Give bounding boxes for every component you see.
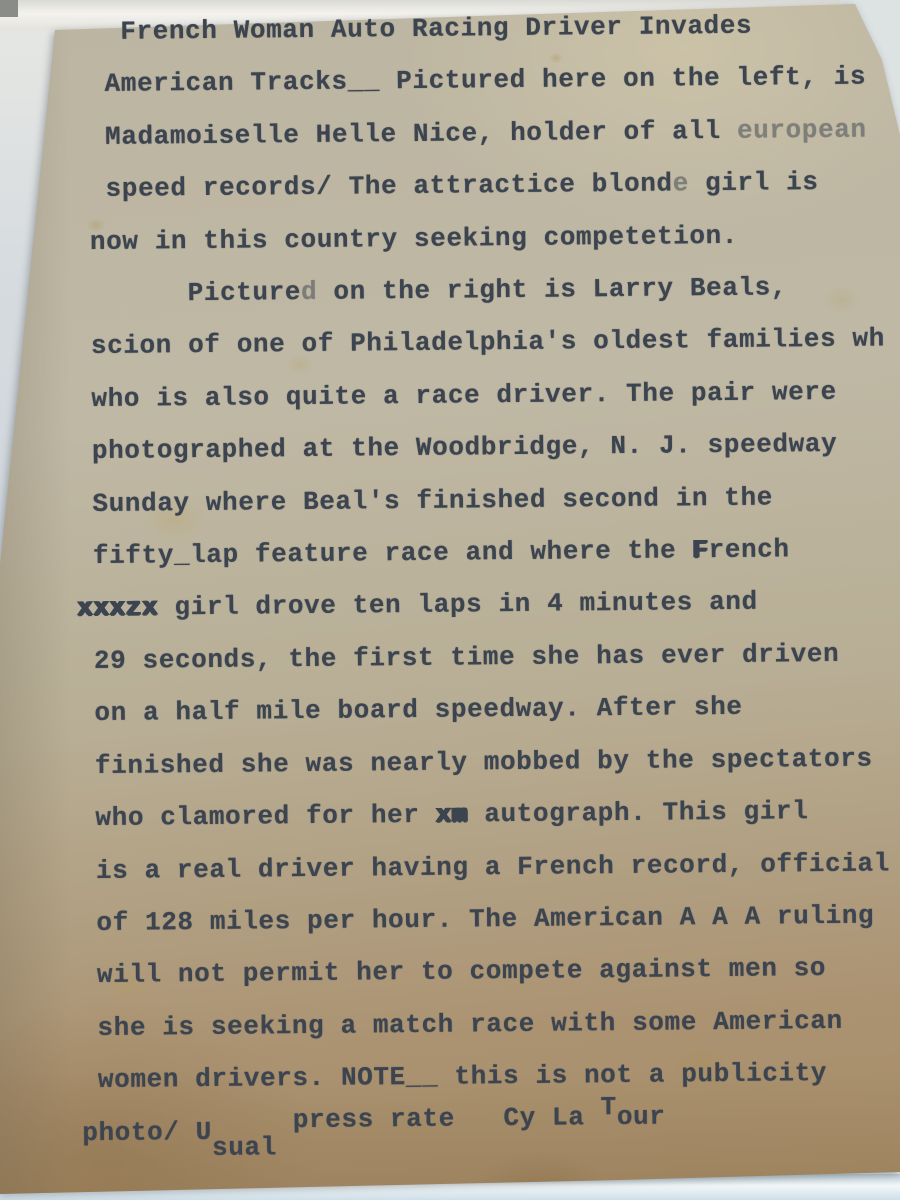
typed-text: our bbox=[617, 1101, 666, 1131]
typed-text: now in this country seeking competetion. bbox=[90, 220, 738, 256]
typed-line: 29 seconds, the first time she has ever … bbox=[94, 627, 900, 687]
typed-text: autograph. This girl bbox=[468, 796, 809, 829]
typed-line: photographed at the Woodbridge, N. J. sp… bbox=[92, 418, 900, 478]
typed-line: of 128 miles per hour. The American A A … bbox=[96, 889, 900, 949]
typed-text: sual bbox=[212, 1132, 277, 1163]
typed-text: d bbox=[301, 277, 317, 307]
typed-line: Pictured on the right is Larry Beals, bbox=[187, 260, 900, 319]
overstruck-word: xxxzx bbox=[77, 593, 158, 624]
typed-text: rench bbox=[708, 534, 789, 565]
overstruck-word: F bbox=[692, 535, 708, 565]
typed-text: is a real driver having a French record,… bbox=[96, 848, 890, 886]
typed-line: who clamored for her xm autograph. This … bbox=[95, 784, 900, 844]
typed-text: Madamoiselle Helle Nice, holder of all bbox=[105, 116, 737, 152]
typed-text: photographed at the Woodbridge, N. J. sp… bbox=[92, 429, 838, 466]
overstruck-word: xm bbox=[436, 800, 469, 830]
typed-text: press rate Cy La bbox=[293, 1102, 601, 1135]
typed-text: will not permit her to compete against m… bbox=[97, 953, 826, 990]
typed-text: e bbox=[673, 169, 689, 199]
typed-line: scion of one of Philadelphia's oldest fa… bbox=[91, 313, 900, 373]
typed-text: on the right is Larry Beals, bbox=[317, 272, 787, 307]
photograph-of-typed-caption: French Woman Auto Racing Driver InvadesA… bbox=[0, 0, 900, 1200]
typed-line: is a real driver having a French record,… bbox=[96, 837, 900, 897]
typed-text: european bbox=[737, 114, 867, 145]
typed-text: T bbox=[600, 1092, 616, 1122]
typed-line: now in this country seeking competetion. bbox=[90, 208, 900, 268]
typed-text: who clamored for her bbox=[95, 800, 436, 833]
typed-text: 29 seconds, the first time she has ever … bbox=[94, 639, 840, 676]
typed-text: speed records/ The attractice blond bbox=[105, 169, 672, 204]
typed-text: Picture bbox=[187, 277, 301, 308]
typed-line: will not permit her to compete against m… bbox=[97, 942, 900, 1002]
typed-text: of 128 miles per hour. The American A A … bbox=[96, 900, 874, 937]
typed-line: speed records/ The attractice blonde gir… bbox=[105, 155, 900, 215]
typed-text bbox=[277, 1116, 293, 1146]
typed-text: girl is bbox=[689, 167, 819, 198]
typed-text: photo/ U bbox=[82, 1116, 212, 1147]
typed-line: on a half mile board speedway. After she bbox=[94, 680, 900, 740]
typed-text: finished she was nearly mobbed by the sp… bbox=[95, 743, 873, 780]
typed-line: women drivers. NOTE__ this is not a publ… bbox=[98, 1046, 900, 1106]
typed-text: on a half mile board speedway. After she bbox=[94, 692, 742, 728]
typed-line: xxxzx girl drove ten laps in 4 minutes a… bbox=[77, 575, 900, 635]
typed-line: Sunday where Beal's finished second in t… bbox=[92, 470, 900, 530]
typed-text-block: French Woman Auto Racing Driver InvadesA… bbox=[0, 0, 900, 1160]
typed-text: Sunday where Beal's finished second in t… bbox=[92, 482, 773, 519]
typed-line: she is seeking a match race with some Am… bbox=[97, 994, 900, 1054]
typed-text: she is seeking a match race with some Am… bbox=[97, 1006, 843, 1043]
typed-text: who is also quite a race driver. The pai… bbox=[91, 377, 837, 414]
typed-text: scion of one of Philadelphia's oldest fa… bbox=[91, 324, 885, 362]
typed-line: Madamoiselle Helle Nice, holder of all e… bbox=[105, 103, 900, 163]
typed-line: fifty_lap feature race and where the Fre… bbox=[93, 522, 900, 582]
typed-text: fifty_lap feature race and where the bbox=[93, 535, 693, 571]
typed-line: who is also quite a race driver. The pai… bbox=[91, 365, 900, 425]
typed-text: girl drove ten laps in 4 minutes and bbox=[158, 587, 758, 623]
typed-line: American Tracks__ Pictured here on the l… bbox=[104, 51, 900, 111]
typed-line: photo/ Usual press rate Cy La Tour bbox=[82, 1099, 900, 1159]
typed-text: American Tracks__ Pictured here on the l… bbox=[104, 62, 866, 99]
typed-line: finished she was nearly mobbed by the sp… bbox=[95, 732, 900, 792]
typed-text: French Woman Auto Racing Driver Invades bbox=[120, 11, 752, 47]
typed-text: women drivers. NOTE__ this is not a publ… bbox=[98, 1058, 827, 1095]
typed-line: French Woman Auto Racing Driver Invades bbox=[120, 0, 900, 58]
